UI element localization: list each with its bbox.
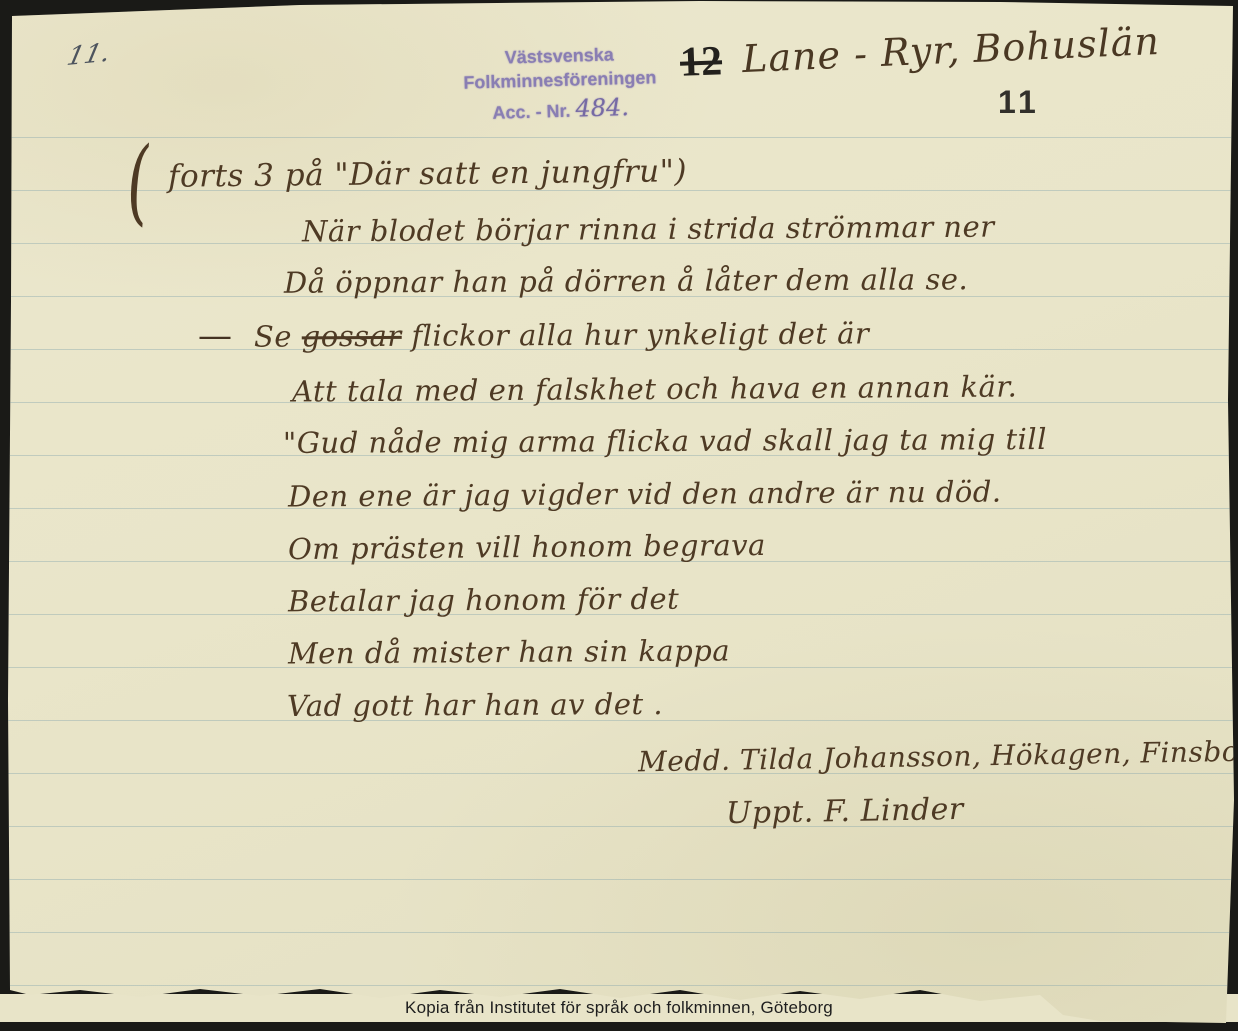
stamp-acc-prefix: Acc. - Nr. — [492, 100, 571, 122]
poem-line-3-pre: Se — [254, 319, 302, 353]
document-page: 11. Västsvenska Folkminnesföreningen Acc… — [0, 0, 1238, 1031]
attribution-informant: Medd. Tilda Johansson, Hökagen, Finsbo. — [638, 735, 1238, 779]
poem-line-9: Men då mister han sin kappa — [288, 633, 730, 670]
poem-heading: forts 3 på "Där satt en jungfru") — [168, 153, 687, 194]
poem-line-2: Då öppnar han på dörren å låter dem alla… — [284, 262, 968, 300]
crossed-out-number: 12 — [679, 37, 723, 86]
footer-caption: Kopia från Institutet för språk och folk… — [405, 998, 833, 1018]
poem-line-3: Se gossar flickor alla hur ynkeligt det … — [254, 316, 870, 353]
poem-line-3-struck-word: gossar — [302, 319, 402, 354]
stamp-acc-line: Acc. - Nr. 484. — [450, 90, 671, 129]
poem-line-4: Att tala med en falskhet och hava en ann… — [292, 369, 1017, 408]
corner-page-number: 11. — [64, 38, 113, 72]
page-number-stamp: 11 — [998, 84, 1040, 121]
opening-parenthesis: ( — [124, 127, 152, 236]
attribution-recorder: Uppt. F. Linder — [726, 792, 964, 831]
parish-title: Lane - Ryr, Bohuslän — [741, 19, 1160, 81]
poem-line-10: Vad gott har han av det . — [287, 687, 663, 723]
stamp-acc-number: 484. — [575, 93, 629, 122]
poem-line-3-post: flickor alla hur ynkeligt det är — [411, 316, 869, 352]
poem-line-5: "Gud nåde mig arma flicka vad skall jag … — [283, 422, 1047, 460]
poem-line-7: Om prästen vill honom begrava — [288, 528, 766, 566]
poem-line-8: Betalar jag honom för det — [288, 582, 680, 619]
archive-stamp: Västsvenska Folkminnesföreningen Acc. - … — [449, 41, 671, 128]
poem-line-1: När blodet börjar rinna i strida strömma… — [302, 210, 995, 249]
poem-line-6: Den ene är jag vigder vid den andre är n… — [288, 475, 1002, 514]
margin-dash: — — [198, 316, 233, 356]
